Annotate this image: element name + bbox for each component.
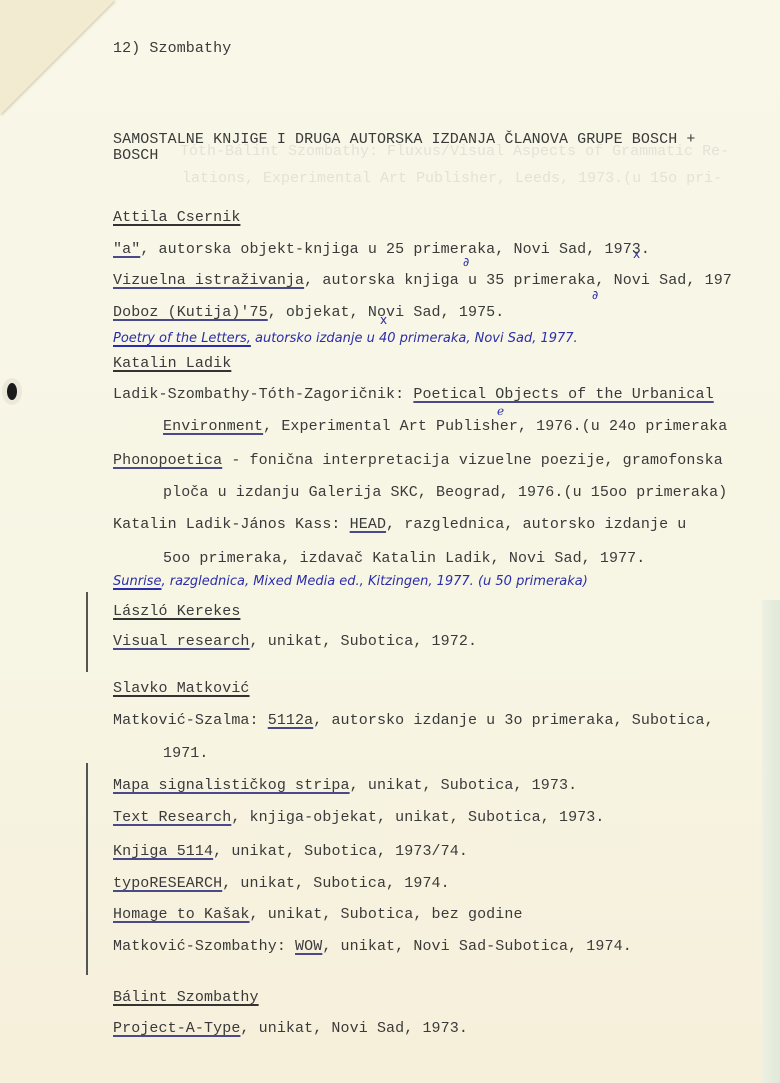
entry-cont: Environment, Experimental Art Publisher,… — [163, 418, 727, 435]
entry: Mapa signalističkog stripa, unikat, Subo… — [113, 777, 577, 794]
entry-cont: 1971. — [163, 745, 209, 762]
entry: Project-A-Type, unikat, Novi Sad, 1973. — [113, 1020, 468, 1037]
handwritten-entry: Poetry of the Letters, autorsko izdanje … — [113, 331, 578, 346]
entry: Matković-Szalma: 5112a, autorsko izdanje… — [113, 712, 714, 729]
author-heading: Slavko Matković — [113, 680, 250, 697]
entry: Visual research, unikat, Subotica, 1972. — [113, 633, 477, 650]
margin-bracket — [86, 592, 88, 672]
entry-title: Text Research — [113, 809, 231, 826]
entry: Text Research, knjiga-objekat, unikat, S… — [113, 809, 605, 826]
author-heading: László Kerekes — [113, 603, 240, 620]
margin-bracket — [86, 763, 88, 975]
entry-title: Poetical Objects of the Urbanical — [413, 386, 713, 403]
entry: Doboz (Kutija)'75, objekat, Novi Sad, 19… — [113, 304, 504, 321]
handwritten-entry: Sunrise, razglednica, Mixed Media ed., K… — [113, 574, 588, 589]
entry: Katalin Ladik-János Kass: HEAD, razgledn… — [113, 516, 686, 533]
author-heading: Katalin Ladik — [113, 355, 231, 372]
section-title-cont: BOSCH — [113, 147, 159, 164]
punch-hole — [7, 383, 17, 400]
entry-title: Project-A-Type — [113, 1020, 240, 1037]
entry: typoRESEARCH, unikat, Subotica, 1974. — [113, 875, 450, 892]
entry-title: Visual research — [113, 633, 250, 650]
author-heading: Bálint Szombathy — [113, 989, 259, 1006]
entry: Vizuelna istraživanja, autorska knjiga u… — [113, 272, 732, 289]
entry: Homage to Kašak, unikat, Subotica, bez g… — [113, 906, 523, 923]
entry-title: Vizuelna istraživanja — [113, 272, 304, 289]
correction-mark: x — [633, 247, 640, 261]
entry-title: HEAD — [350, 516, 386, 533]
entry: Phonopoetica - fonična interpretacija vi… — [113, 452, 723, 469]
document-page: Tóth-Bálint Szombathy: Fluxus/Visual Asp… — [0, 0, 780, 1083]
entry-cont: 5oo primeraka, izdavač Katalin Ladik, No… — [163, 550, 645, 567]
correction-mark: ∂ — [463, 255, 469, 269]
entry-title: 5112a — [268, 712, 314, 729]
author-heading: Attila Csernik — [113, 209, 240, 226]
entry: Matković-Szombathy: WOW, unikat, Novi Sa… — [113, 938, 632, 955]
correction-mark: ℯ — [497, 404, 504, 418]
entry-title: Homage to Kašak — [113, 906, 250, 923]
entry-cont: ploča u izdanju Galerija SKC, Beograd, 1… — [163, 484, 727, 501]
folded-corner — [0, 0, 115, 115]
page-header: 12) Szombathy — [113, 40, 231, 57]
bleed-through-text: lations, Experimental Art Publisher, Lee… — [182, 170, 722, 187]
entry-title: Knjiga 5114 — [113, 843, 213, 860]
entry: "a", autorska objekt-knjiga u 25 primera… — [113, 241, 650, 258]
section-title: SAMOSTALNE KNJIGE I DRUGA AUTORSKA IZDAN… — [113, 131, 696, 148]
entry-title: "a" — [113, 241, 140, 258]
entry-title: typoRESEARCH — [113, 875, 222, 892]
entry-title: Phonopoetica — [113, 452, 222, 469]
correction-mark: x — [380, 313, 387, 327]
correction-mark: ∂ — [592, 288, 598, 302]
entry-title: Mapa signalističkog stripa — [113, 777, 350, 794]
entry-title: WOW — [295, 938, 322, 955]
entry: Ladik-Szombathy-Tóth-Zagoričnik: Poetica… — [113, 386, 714, 403]
page-edge — [762, 600, 780, 1083]
entry-title: Doboz (Kutija)'75 — [113, 304, 268, 321]
entry: Knjiga 5114, unikat, Subotica, 1973/74. — [113, 843, 468, 860]
